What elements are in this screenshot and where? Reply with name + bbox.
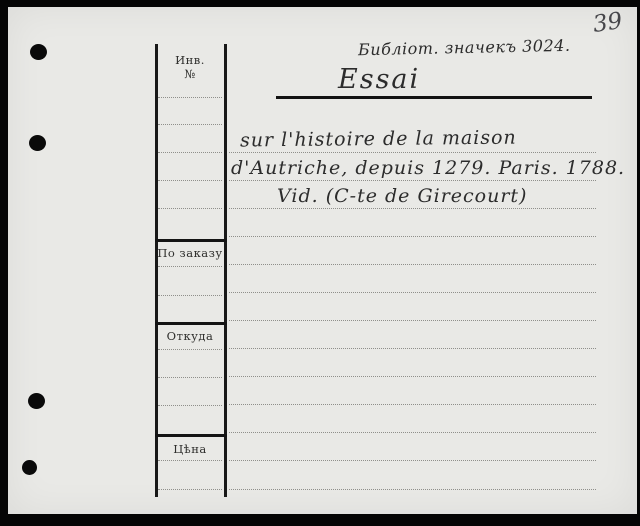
paper-sheet [8, 7, 637, 514]
field-label-inventory-no: Инв. № [155, 53, 225, 81]
punch-hole [30, 44, 47, 60]
field-label-inventory-line2: № [155, 67, 225, 81]
table-vertical-rule-right [224, 44, 227, 497]
ruled-line-column [158, 295, 222, 296]
ruled-line-column [158, 124, 222, 125]
punch-hole [29, 135, 46, 151]
ruled-line-column [158, 460, 222, 461]
ruled-line-main [229, 348, 596, 349]
ruled-line-main [229, 180, 596, 181]
ruled-line-main [229, 489, 596, 490]
ruled-line-main [229, 208, 596, 209]
field-label-order: По заказу [155, 246, 225, 260]
ruled-line-column [158, 377, 222, 378]
ruled-line-main [229, 236, 596, 237]
section-divider [155, 322, 227, 325]
ruled-line-main [229, 376, 596, 377]
handwritten-body-line: Vid. (C-te de Girecourt) [277, 185, 527, 207]
ruled-line-column [158, 152, 222, 153]
ruled-line-column [158, 266, 222, 267]
ruled-line-column [158, 97, 222, 98]
ruled-line-main [229, 432, 596, 433]
field-label-inventory-line1: Инв. [155, 53, 225, 67]
handwritten-body-line: sur l'histoire de la maison [240, 127, 517, 152]
handwritten-title: Essai [338, 64, 420, 95]
ruled-line-main [229, 460, 596, 461]
handwritten-body-line: d'Autriche, depuis 1279. Paris. 1788. [231, 157, 625, 179]
page-number: 39 [591, 8, 624, 38]
ruled-line-main [229, 152, 596, 153]
field-label-origin: Откуда [155, 329, 225, 343]
ruled-line-main [229, 404, 596, 405]
ruled-line-column [158, 180, 222, 181]
field-label-price: Цѣна [155, 442, 225, 456]
title-underline [276, 96, 592, 99]
ruled-line-main [229, 320, 596, 321]
ruled-line-main [229, 292, 596, 293]
section-divider [155, 239, 227, 242]
ruled-line-column [158, 489, 222, 490]
punch-hole [22, 460, 37, 475]
section-divider [155, 434, 227, 437]
ruled-line-column [158, 405, 222, 406]
ruled-line-column [158, 349, 222, 350]
scanned-catalog-page: { "page": { "page_number": "39" }, "card… [0, 0, 640, 526]
punch-hole [28, 393, 45, 409]
ruled-line-column [158, 208, 222, 209]
ruled-line-main [229, 264, 596, 265]
table-vertical-rule-left [155, 44, 158, 497]
